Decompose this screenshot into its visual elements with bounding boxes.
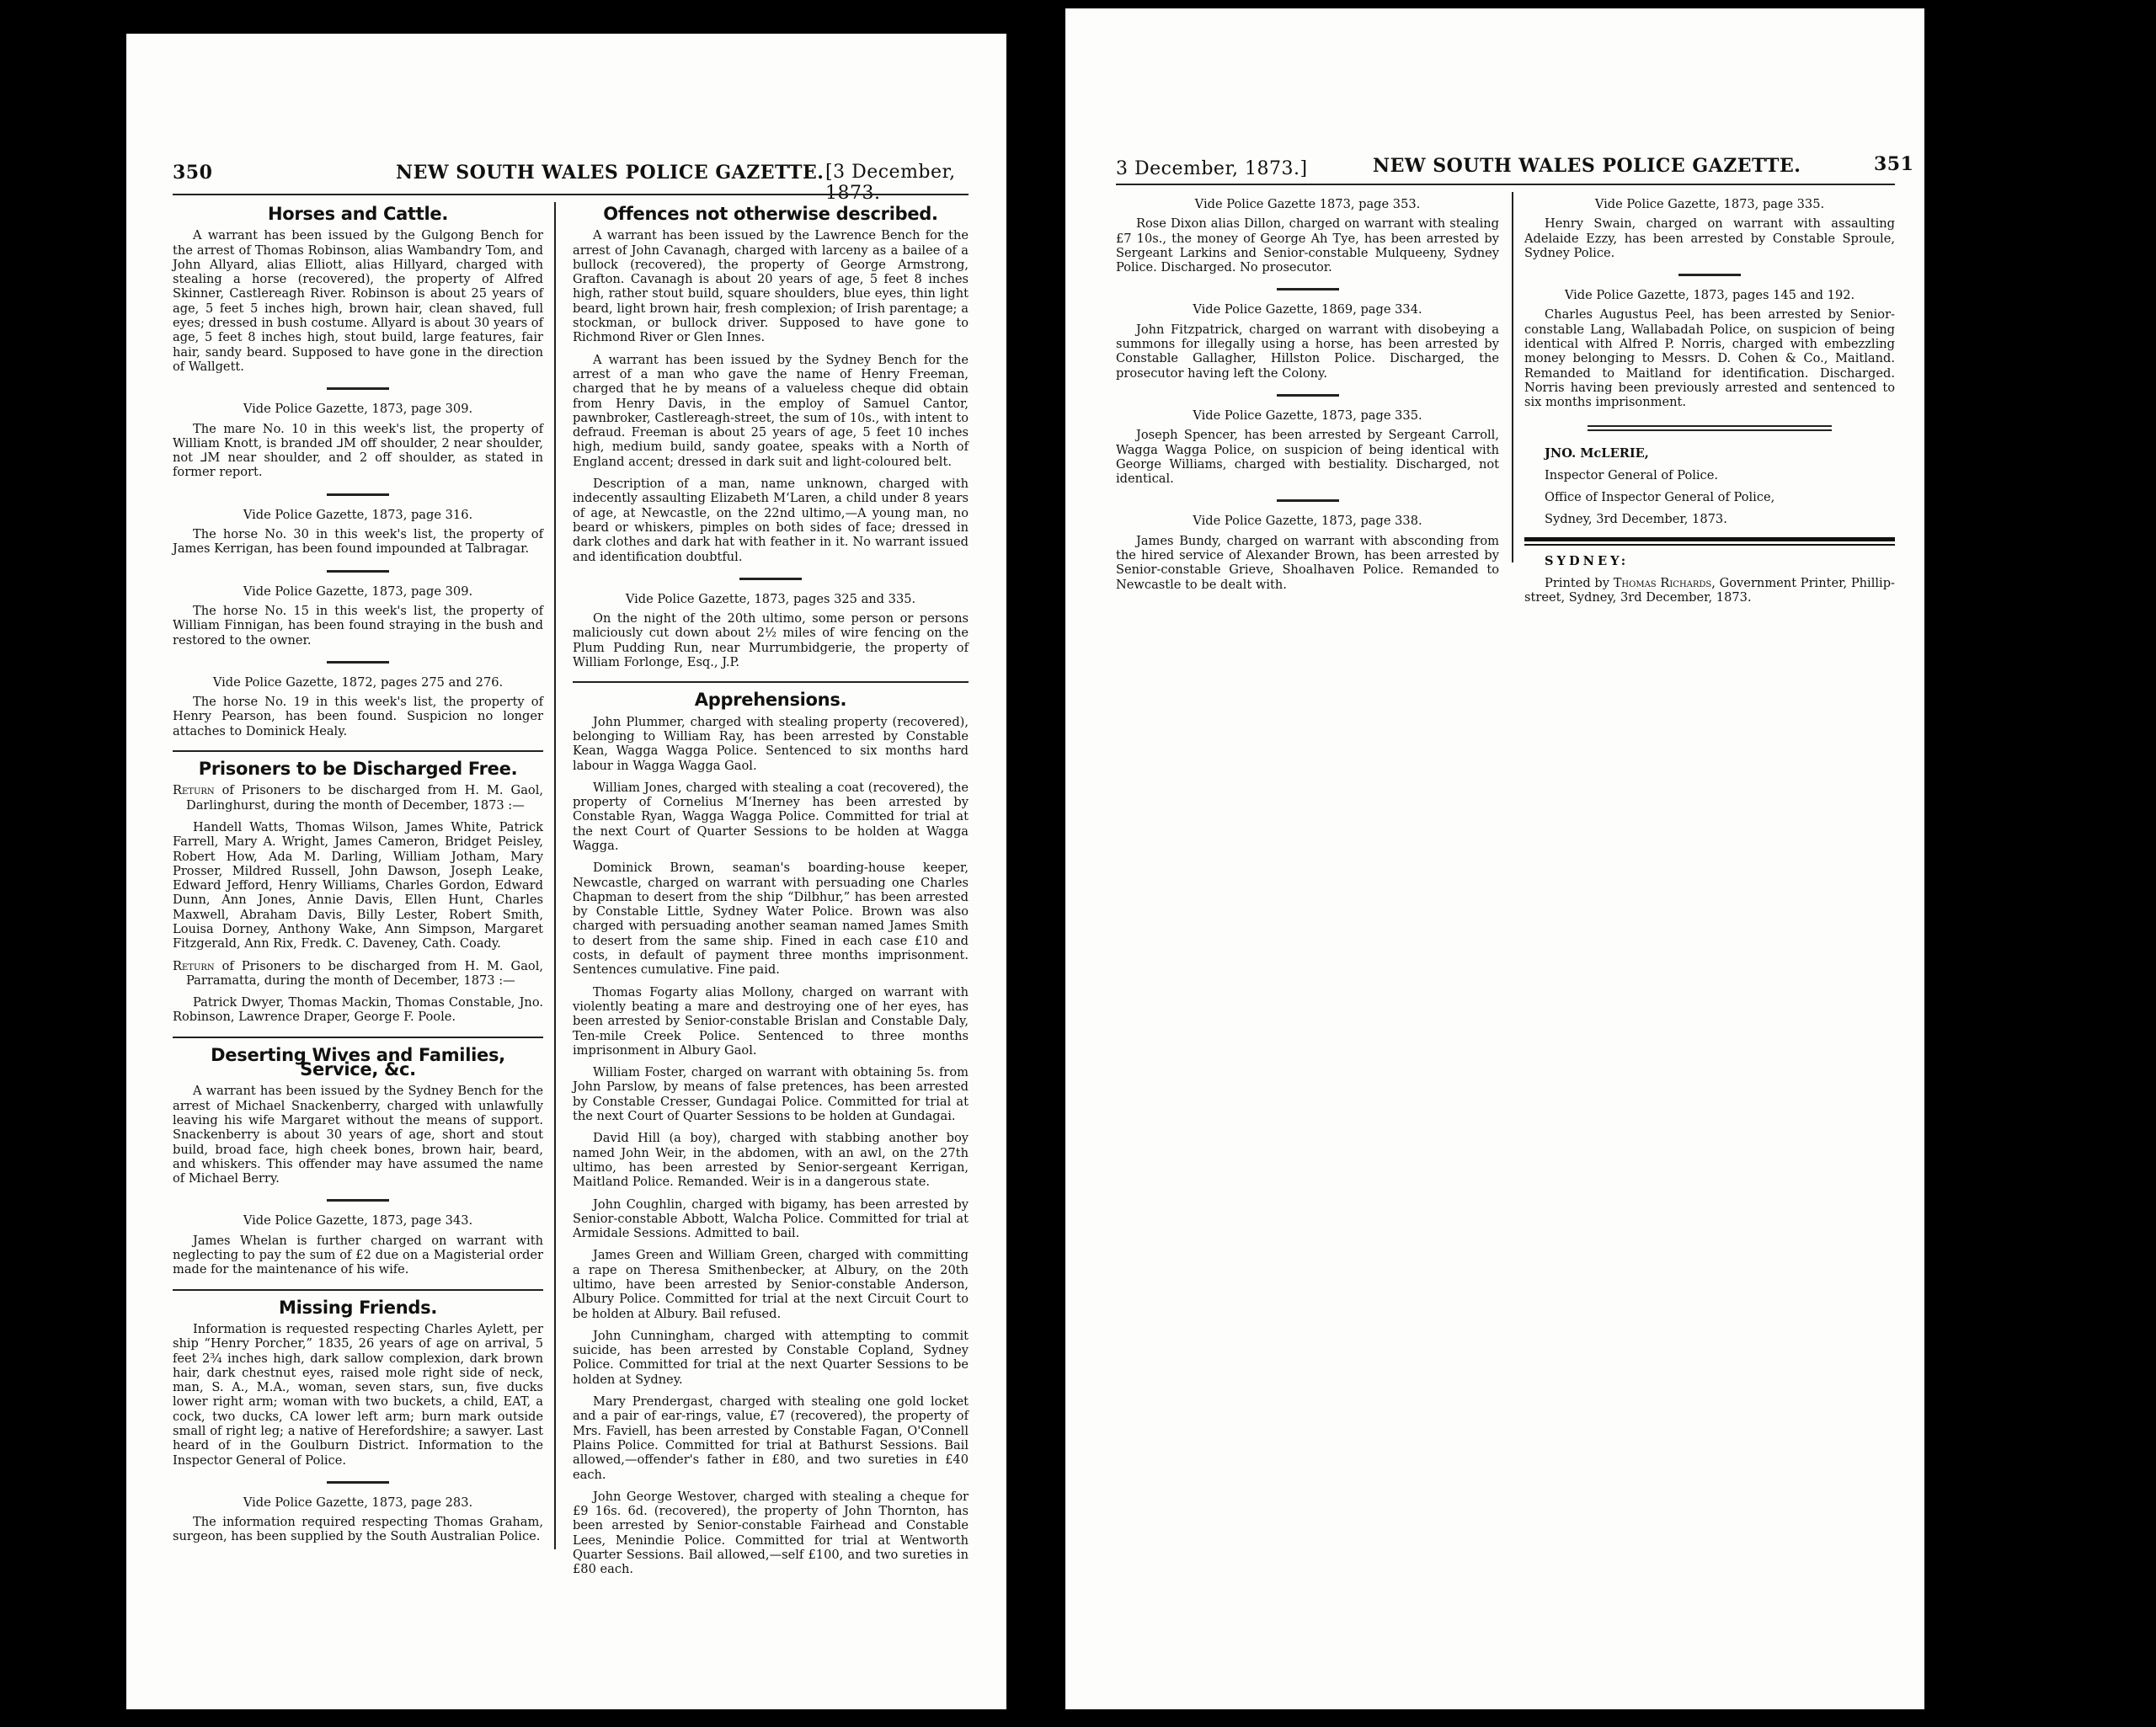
column-divider (1512, 192, 1513, 562)
notice-paragraph: A warrant has been issued by the Sydney … (573, 353, 969, 469)
notice-paragraph: On the night of the 20th ultimo, some pe… (573, 611, 969, 669)
vide-reference: Vide Police Gazette, 1873, page 309. (173, 402, 543, 416)
return-statement: Return of Prisoners to be discharged fro… (173, 783, 543, 813)
apprehensions-list: John Plummer, charged with stealing prop… (573, 715, 969, 1577)
section-heading-offences: Offences not otherwise described. (573, 207, 969, 221)
prisoner-names: Handell Watts, Thomas Wilson, James Whit… (173, 820, 543, 951)
notice-paragraph: The information required respecting Thom… (173, 1515, 543, 1544)
signature-title: Inspector General of Police. (1524, 468, 1895, 482)
vide-reference: Vide Police Gazette, 1869, page 334. (1116, 302, 1499, 317)
separator (327, 661, 389, 664)
notice-paragraph: Rose Dixon alias Dillon, charged on warr… (1116, 216, 1499, 275)
running-title: NEW SOUTH WALES POLICE GAZETTE. (1373, 155, 1801, 177)
notice-paragraph: The horse No. 19 in this week's list, th… (173, 695, 543, 738)
page-number: 350 (173, 162, 212, 184)
section-heading-deserting: Deserting Wives and Families, Service, &… (173, 1048, 543, 1078)
vide-reference: Vide Police Gazette, 1873, page 283. (173, 1495, 543, 1510)
left-column-2: Offences not otherwise described. A warr… (573, 202, 969, 1585)
vide-reference: Vide Police Gazette, 1873, page 343. (173, 1213, 543, 1228)
imprint-line: Printed by Thomas Richards, Government P… (1524, 576, 1895, 605)
notice-paragraph: Description of a man, name unknown, char… (573, 477, 969, 564)
apprehension-item: Thomas Fogarty alias Mollony, charged on… (573, 985, 969, 1058)
notice-paragraph: Joseph Spencer, has been arrested by Ser… (1116, 428, 1499, 486)
notice-paragraph: The horse No. 15 in this week's list, th… (173, 604, 543, 648)
separator (1678, 274, 1741, 276)
vide-reference: Vide Police Gazette, 1873, page 309. (173, 584, 543, 599)
apprehension-item: John Coughlin, charged with bigamy, has … (573, 1197, 969, 1241)
right-column-1: Vide Police Gazette 1873, page 353.Rose … (1116, 185, 1499, 600)
apprehension-item: Dominick Brown, seaman's boarding-house … (573, 861, 969, 977)
separator (327, 493, 389, 496)
notice-paragraph: James Bundy, charged on warrant with abs… (1116, 534, 1499, 592)
apprehension-item: William Foster, charged on warrant with … (573, 1065, 969, 1123)
notice-paragraph: A warrant has been issued by the Lawrenc… (573, 228, 969, 344)
vide-reference: Vide Police Gazette, 1873, page 335. (1524, 197, 1895, 211)
notice-paragraph: John Fitzpatrick, charged on warrant wit… (1116, 322, 1499, 381)
notice-paragraph: The mare No. 10 in this week's list, the… (173, 422, 543, 480)
vide-reference: Vide Police Gazette, 1873, page 316. (173, 508, 543, 522)
section-rule (173, 1037, 543, 1038)
apprehension-item: John Plummer, charged with stealing prop… (573, 715, 969, 773)
vide-reference: Vide Police Gazette, 1872, pages 275 and… (173, 675, 543, 690)
apprehension-item: William Jones, charged with stealing a c… (573, 781, 969, 853)
office-date: Sydney, 3rd December, 1873. (1524, 512, 1895, 526)
notice-paragraph: Charles Augustus Peel, has been arrested… (1524, 307, 1895, 409)
section-heading-prisoners: Prisoners to be Discharged Free. (173, 762, 543, 776)
separator (1277, 288, 1339, 290)
separator (327, 1481, 389, 1484)
section-heading-missing: Missing Friends. (173, 1301, 543, 1315)
notice-paragraph: A warrant has been issued by the Gulgong… (173, 228, 543, 374)
separator (327, 1199, 389, 1202)
apprehension-item: John Cunningham, charged with attempting… (573, 1329, 969, 1387)
left-column-1: Horses and Cattle. A warrant has been is… (173, 202, 543, 1552)
signature-name: JNO. McLERIE, (1524, 446, 1895, 461)
notice-paragraph: Information is requested respecting Char… (173, 1322, 543, 1468)
prisoner-names: Patrick Dwyer, Thomas Mackin, Thomas Con… (173, 995, 543, 1025)
separator (1277, 499, 1339, 502)
running-title: NEW SOUTH WALES POLICE GAZETTE. (396, 162, 824, 184)
apprehension-item: David Hill (a boy), charged with stabbin… (573, 1131, 969, 1189)
page-number: 351 (1874, 153, 1913, 175)
imprint-rule (1524, 537, 1895, 546)
separator (739, 578, 802, 580)
section-heading-apprehensions: Apprehensions. (573, 693, 969, 707)
printer-name: Thomas Richards (1614, 576, 1712, 590)
separator (327, 570, 389, 573)
separator-double (1588, 425, 1832, 431)
issue-date: [3 December, 1873. (825, 162, 1006, 204)
apprehension-item: James Green and William Green, charged w… (573, 1248, 969, 1320)
right-column-2: Vide Police Gazette, 1873, page 335.Henr… (1524, 185, 1895, 613)
left-page: 350 NEW SOUTH WALES POLICE GAZETTE. [3 D… (126, 34, 1006, 1709)
section-rule (573, 681, 969, 683)
notice-paragraph: James Whelan is further charged on warra… (173, 1234, 543, 1277)
column-divider (554, 202, 556, 1549)
notice-paragraph: The horse No. 30 in this week's list, th… (173, 527, 543, 557)
vide-reference: Vide Police Gazette, 1873, pages 325 and… (573, 592, 969, 606)
return-word: Return (173, 783, 215, 797)
apprehension-item: Mary Prendergast, charged with stealing … (573, 1394, 969, 1482)
vide-reference: Vide Police Gazette 1873, page 353. (1116, 197, 1499, 211)
vide-reference: Vide Police Gazette, 1873, page 338. (1116, 514, 1499, 528)
vide-reference: Vide Police Gazette, 1873, pages 145 and… (1524, 288, 1895, 302)
return-statement: Return of Prisoners to be discharged fro… (173, 959, 543, 989)
section-rule (173, 1289, 543, 1291)
section-rule (173, 750, 543, 752)
notice-paragraph: A warrant has been issued by the Sydney … (173, 1084, 543, 1186)
apprehension-item: John George Westover, charged with steal… (573, 1490, 969, 1577)
right-column-2-entries: Vide Police Gazette, 1873, page 335.Henr… (1524, 197, 1895, 410)
notice-paragraph: Henry Swain, charged on warrant with ass… (1524, 216, 1895, 260)
section-heading-horses: Horses and Cattle. (173, 207, 543, 221)
issue-date: 3 December, 1873.] (1116, 158, 1308, 179)
vide-reference: Vide Police Gazette, 1873, page 335. (1116, 408, 1499, 423)
return-word: Return (173, 959, 215, 973)
header-rule (173, 194, 969, 195)
office-line: Office of Inspector General of Police, (1524, 490, 1895, 504)
separator (327, 387, 389, 390)
right-page: 3 December, 1873.] NEW SOUTH WALES POLIC… (1065, 8, 1924, 1709)
separator (1277, 394, 1339, 397)
imprint-city: SYDNEY: (1524, 554, 1895, 568)
